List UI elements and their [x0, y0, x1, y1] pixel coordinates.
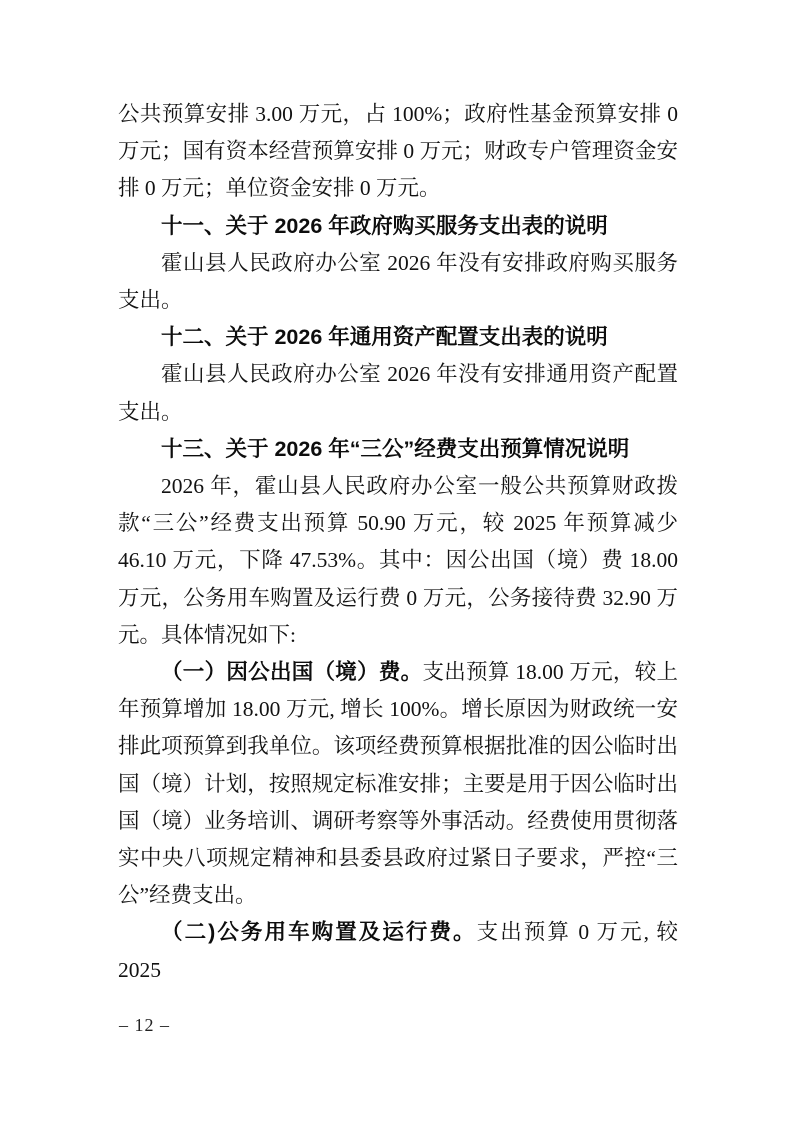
- section-heading-11: 十一、关于 2026 年政府购买服务支出表的说明: [118, 208, 678, 245]
- item-1-lead: （一）因公出国（境）费。: [161, 660, 422, 684]
- section-heading-13: 十三、关于 2026 年“三公”经费支出预算情况说明: [118, 431, 678, 468]
- paragraph-continuation: 公共预算安排 3.00 万元，占 100%；政府性基金预算安排 0 万元；国有资…: [118, 96, 678, 208]
- section-heading-12: 十二、关于 2026 年通用资产配置支出表的说明: [118, 319, 678, 356]
- item-1-text: 支出预算 18.00 万元，较上年预算增加 18.00 万元, 增长 100%。…: [118, 660, 678, 907]
- paragraph-section-12: 霍山县人民政府办公室 2026 年没有安排通用资产配置支出。: [118, 356, 678, 430]
- page-number: – 12 –: [119, 1014, 170, 1036]
- paragraph-section-13-intro: 2026 年，霍山县人民政府办公室一般公共预算财政拨款“三公”经费支出预算 50…: [118, 468, 678, 654]
- item-2-lead: （二)公务用车购置及运行费。: [161, 920, 477, 944]
- paragraph-item-1: （一）因公出国（境）费。支出预算 18.00 万元，较上年预算增加 18.00 …: [118, 654, 678, 914]
- document-page: 公共预算安排 3.00 万元，占 100%；政府性基金预算安排 0 万元；国有资…: [0, 0, 793, 1122]
- document-content: 公共预算安排 3.00 万元，占 100%；政府性基金预算安排 0 万元；国有资…: [118, 96, 678, 989]
- paragraph-section-11: 霍山县人民政府办公室 2026 年没有安排政府购买服务支出。: [118, 245, 678, 319]
- paragraph-item-2: （二)公务用车购置及运行费。支出预算 0 万元, 较 2025: [118, 914, 678, 988]
